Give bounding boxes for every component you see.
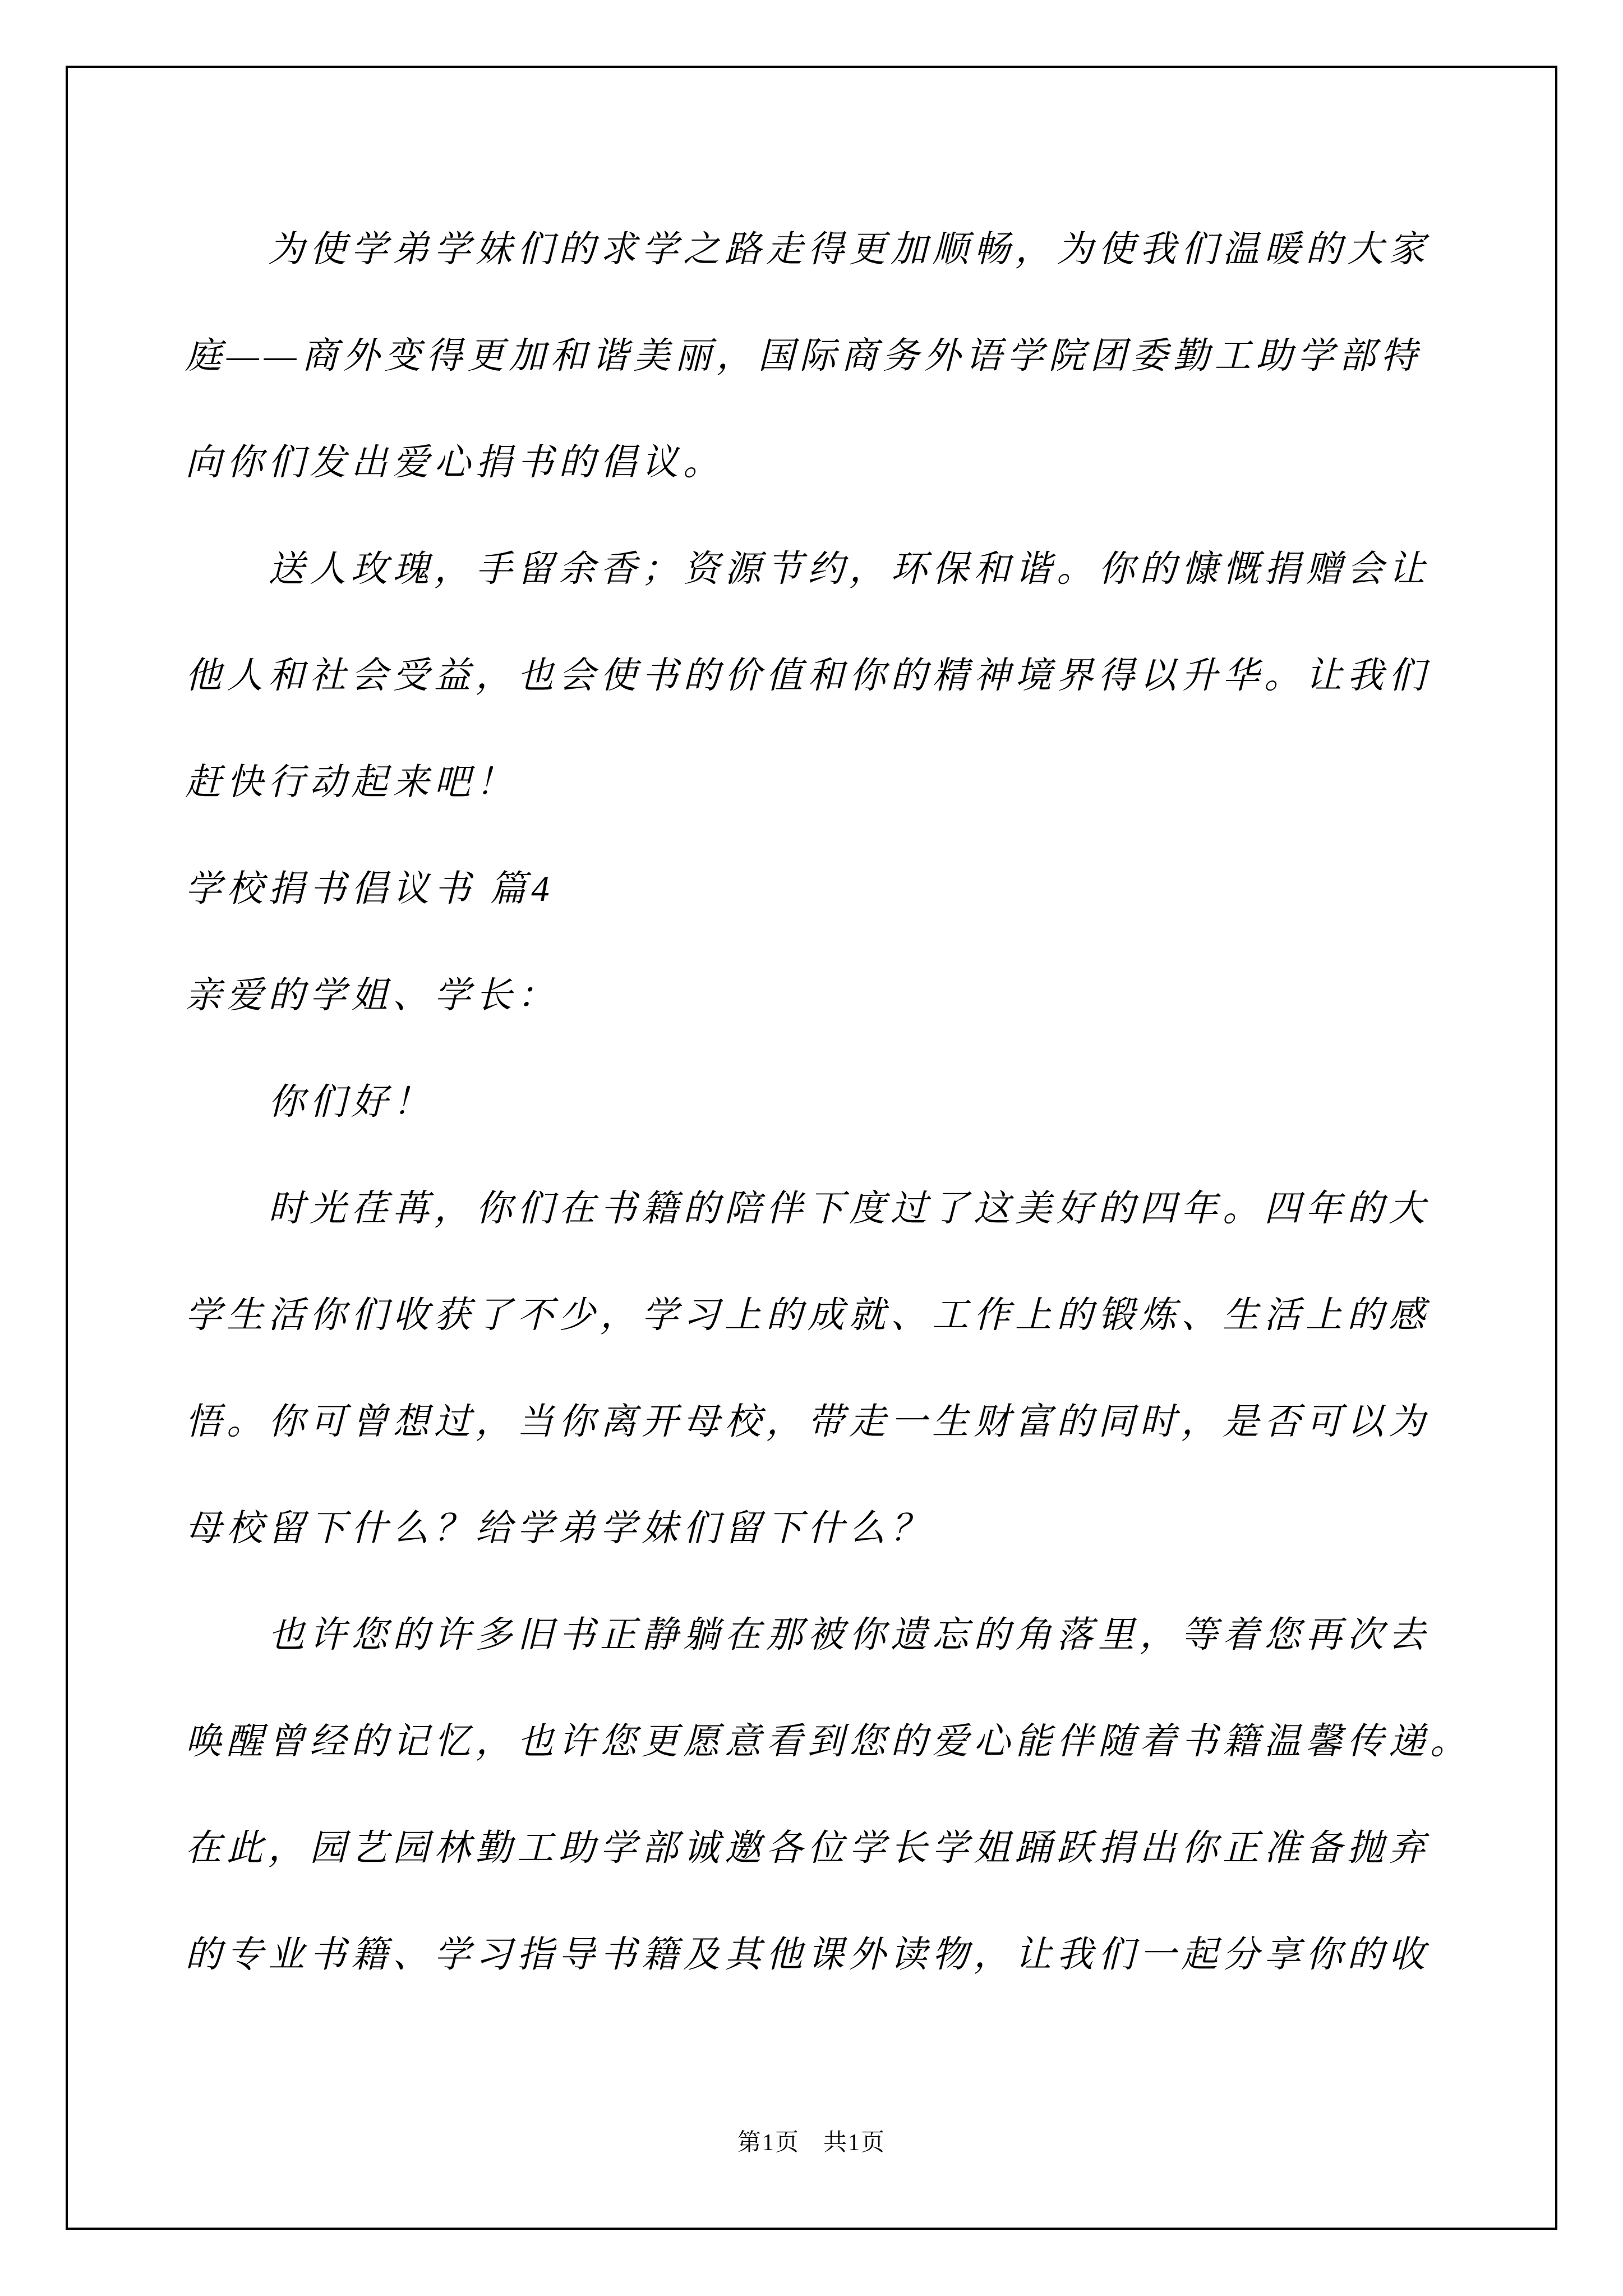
footer-current-page: 第1页 xyxy=(737,2130,800,2156)
text-line: 在此，园艺园林勤工助学部诚邀各位学长学姐踊跃捐出你正准备抛弃 xyxy=(185,1795,1444,1902)
text-line: 庭——商外变得更加和谐美丽，国际商务外语学院团委勤工助学部特 xyxy=(185,303,1444,409)
text-line: 为使学弟学妹们的求学之路走得更加顺畅，为使我们温暖的大家 xyxy=(185,196,1444,303)
text-line: 学生活你们收获了不少，学习上的成就、工作上的锻炼、生活上的感 xyxy=(185,1262,1444,1369)
text-line: 学校捐书倡议书 篇4 xyxy=(185,836,1444,942)
text-line: 母校留下什么？给学弟学妹们留下什么？ xyxy=(185,1475,1444,1582)
text-line: 也许您的许多旧书正静躺在那被你遗忘的角落里，等着您再次去 xyxy=(185,1582,1444,1688)
text-line: 时光荏苒，你们在书籍的陪伴下度过了这美好的四年。四年的大 xyxy=(185,1156,1444,1262)
text-line: 送人玫瑰，手留余香；资源节约，环保和谐。你的慷慨捐赠会让 xyxy=(185,516,1444,623)
page-footer: 第1页共1页 xyxy=(0,2124,1623,2157)
text-line: 唤醒曾经的记忆，也许您更愿意看到您的爱心能伴随着书籍温馨传递。 xyxy=(185,1688,1444,1795)
footer-total-pages: 共1页 xyxy=(823,2130,886,2156)
text-line: 赶快行动起来吧！ xyxy=(185,729,1444,836)
text-line: 向你们发出爱心捐书的倡议。 xyxy=(185,409,1444,516)
document-body-text: 为使学弟学妹们的求学之路走得更加顺畅，为使我们温暖的大家庭——商外变得更加和谐美… xyxy=(185,196,1444,2008)
text-line: 你们好！ xyxy=(185,1049,1444,1156)
text-line: 悟。你可曾想过，当你离开母校，带走一生财富的同时，是否可以为 xyxy=(185,1369,1444,1475)
text-line: 他人和社会受益，也会使书的价值和你的精神境界得以升华。让我们 xyxy=(185,623,1444,729)
text-line: 的专业书籍、学习指导书籍及其他课外读物，让我们一起分享你的收 xyxy=(185,1902,1444,2008)
text-line: 亲爱的学姐、学长： xyxy=(185,942,1444,1049)
